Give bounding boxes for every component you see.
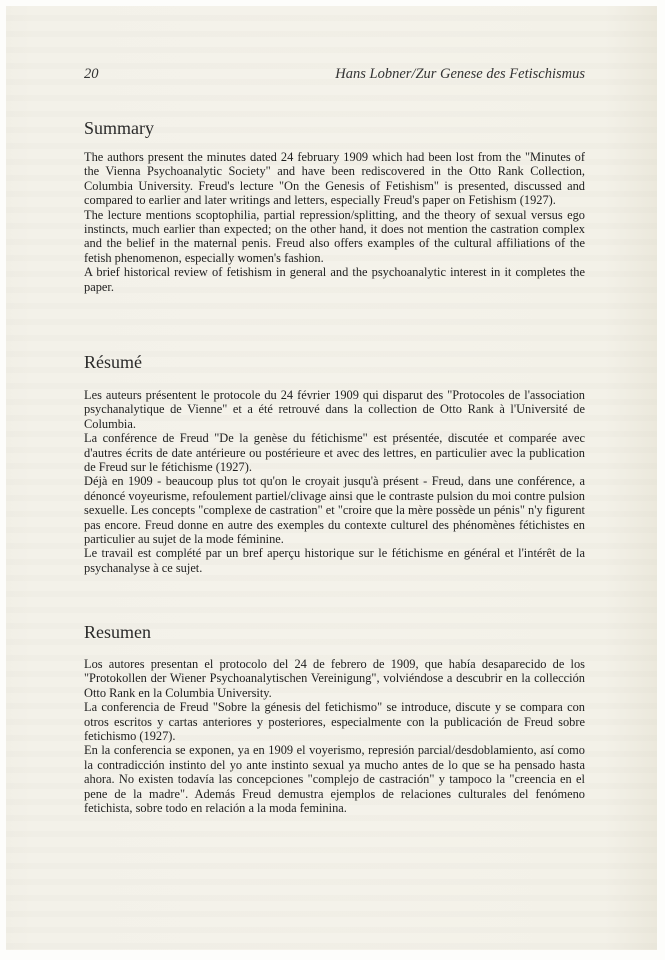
section-resume: Les auteurs présentent le protocole du 2… [84, 388, 585, 575]
paragraph: La conferencia de Freud "Sobre la génesi… [84, 700, 585, 743]
running-title: Hans Lobner/Zur Genese des Fetischismus [335, 66, 585, 83]
section-heading-summary: Summary [84, 118, 154, 139]
section-heading-resumen: Resumen [84, 622, 151, 643]
paragraph: The lecture mentions scoptophilia, parti… [84, 208, 585, 266]
paragraph: Le travail est complété par un bref aper… [84, 546, 585, 575]
section-resumen: Los autores presentan el protocolo del 2… [84, 657, 585, 815]
page-number: 20 [84, 66, 99, 83]
paragraph: En la conferencia se exponen, ya en 1909… [84, 743, 585, 815]
paragraph: The authors present the minutes dated 24… [84, 150, 585, 208]
paragraph: Les auteurs présentent le protocole du 2… [84, 388, 585, 431]
paragraph: A brief historical review of fetishism i… [84, 265, 585, 294]
section-heading-resume: Résumé [84, 352, 142, 373]
paragraph: La conférence de Freud "De la genèse du … [84, 431, 585, 474]
paragraph: Déjà en 1909 - beaucoup plus tot qu'on l… [84, 474, 585, 546]
paragraph: Los autores presentan el protocolo del 2… [84, 657, 585, 700]
section-summary: The authors present the minutes dated 24… [84, 150, 585, 294]
